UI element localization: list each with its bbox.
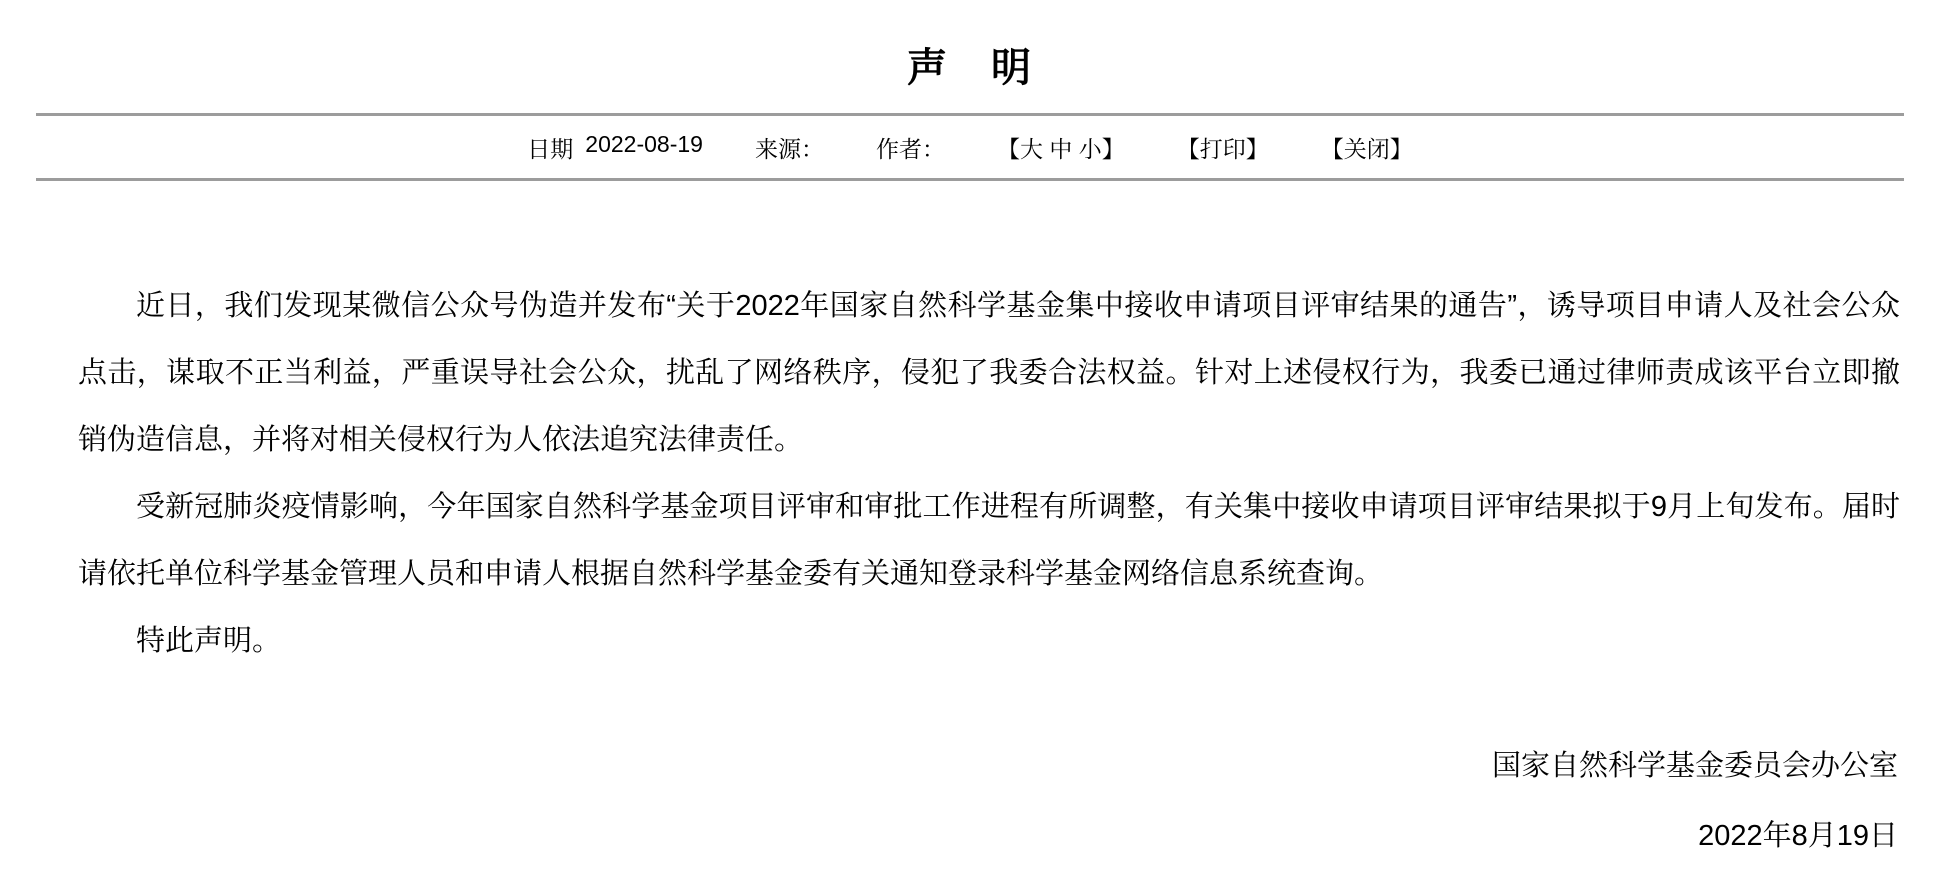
statement-body: 近日，我们发现某微信公众号伪造并发布“关于2022年国家自然科学基金集中接收申请… <box>78 273 1900 675</box>
signature-org: 国家自然科学基金委员会办公室 <box>0 731 1898 801</box>
statement-page: 声 明 日期 2022-08-19 来源： 作者： 【大 中 小】 【打印】 【… <box>0 0 1940 872</box>
meta-date-label: 日期 <box>527 131 573 164</box>
divider-bottom <box>36 178 1904 181</box>
font-size-control[interactable]: 【大 中 小】 <box>997 131 1125 164</box>
paragraph-2: 受新冠肺炎疫情影响，今年国家自然科学基金项目评审和审批工作进程有所调整，有关集中… <box>78 474 1900 608</box>
meta-source-label: 来源： <box>755 131 824 164</box>
signature-block: 国家自然科学基金委员会办公室 2022年8月19日 <box>0 731 1898 871</box>
paragraph-3: 特此声明。 <box>78 608 1900 675</box>
meta-date: 日期 2022-08-19 <box>527 131 703 164</box>
meta-bar: 日期 2022-08-19 来源： 作者： 【大 中 小】 【打印】 【关闭】 <box>0 116 1940 178</box>
meta-date-value: 2022-08-19 <box>585 131 703 164</box>
meta-author-label: 作者： <box>876 131 945 164</box>
page-title: 声 明 <box>0 44 1940 92</box>
article: 声 明 日期 2022-08-19 来源： 作者： 【大 中 小】 【打印】 【… <box>0 0 1940 871</box>
close-button[interactable]: 【关闭】 <box>1321 131 1413 164</box>
print-button[interactable]: 【打印】 <box>1177 131 1269 164</box>
paragraph-1: 近日，我们发现某微信公众号伪造并发布“关于2022年国家自然科学基金集中接收申请… <box>78 273 1900 474</box>
signature-date: 2022年8月19日 <box>0 801 1898 871</box>
